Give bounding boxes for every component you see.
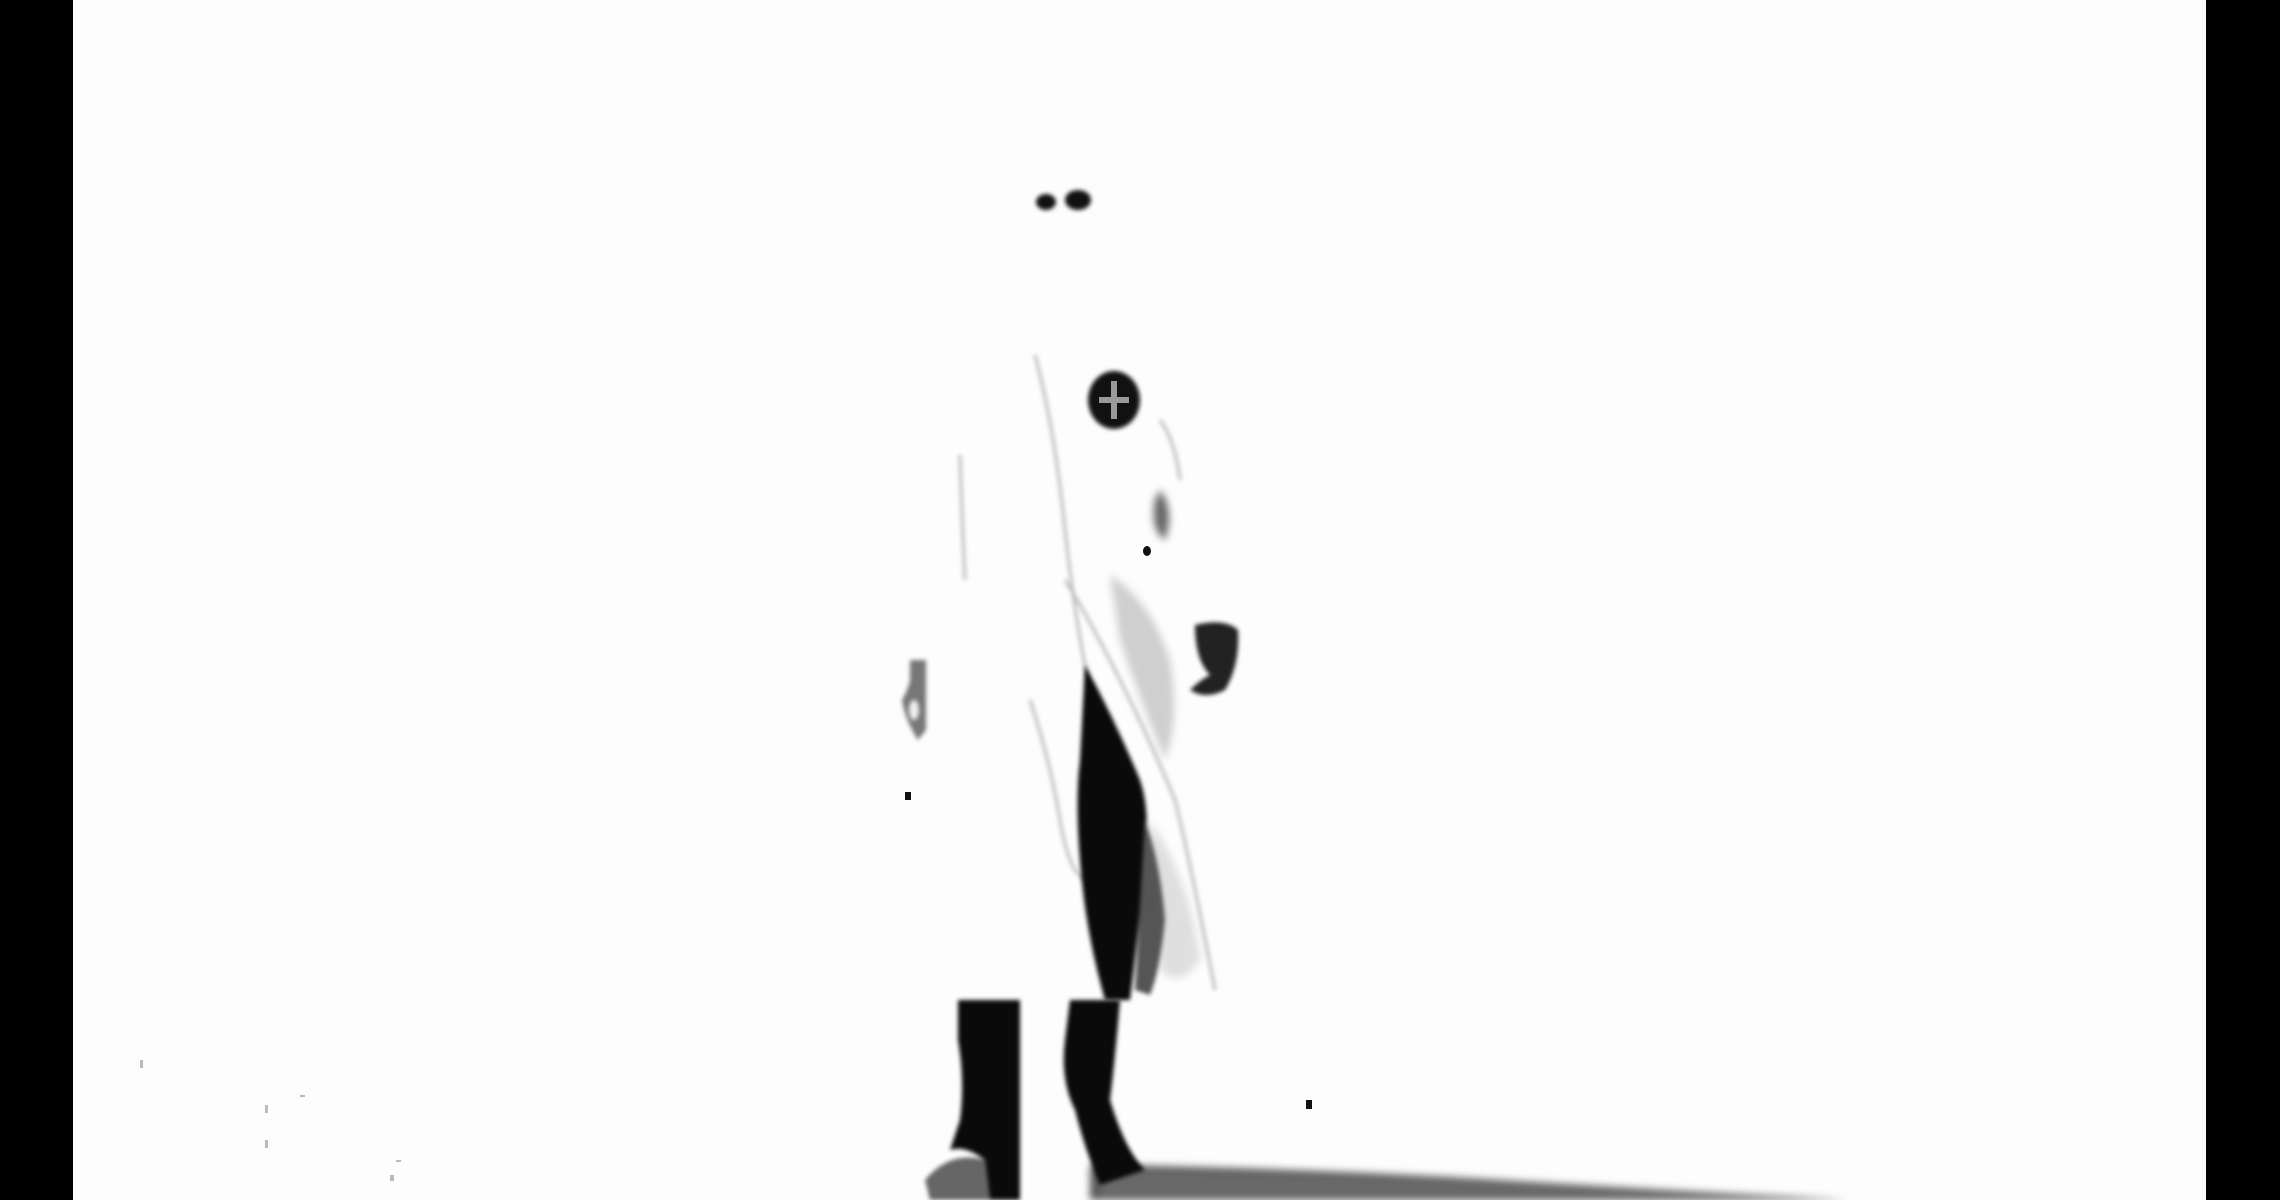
right-hand — [1190, 622, 1238, 695]
film-grain — [140, 1060, 401, 1181]
circle-cross-emblem — [1088, 371, 1140, 429]
letterbox-left — [0, 0, 73, 1200]
left-hand — [902, 660, 926, 740]
photo-frame — [73, 0, 2206, 1200]
letterbox-right — [2206, 0, 2280, 1200]
photo-scene — [73, 0, 2206, 1200]
robe-mark — [1143, 546, 1151, 556]
boots — [925, 1000, 1145, 1200]
ground-shadow — [1090, 1165, 1850, 1200]
hood-eyeholes — [1036, 190, 1091, 210]
